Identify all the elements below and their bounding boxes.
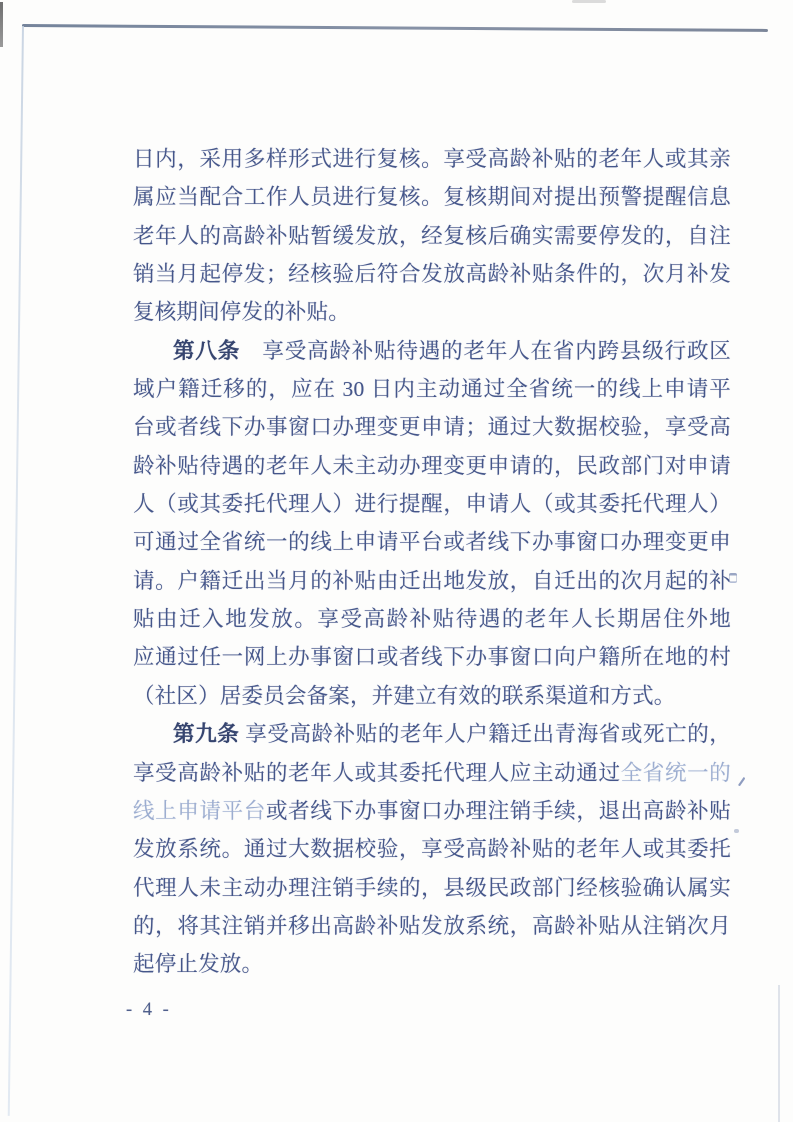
text-segment: 台或者线下办事窗口办理变更申请；通过大数据校验，享受高: [133, 415, 731, 439]
text-segment: 享受高龄补贴的老年人户籍迁出青海省或死亡的，: [239, 722, 731, 746]
document-line-4: 销当月起停发；经核验后符合发放高龄补贴条件的，次月补发: [133, 255, 731, 293]
text-segment: 贴由迁入地发放。享受高龄补贴待遇的老年人长期居住外地的，: [133, 607, 731, 638]
document-line-21: 的，将其注销并移出高龄补贴发放系统，高龄补贴从注销次月: [133, 907, 731, 945]
scan-artifact-left-rule: [8, 26, 24, 1116]
document-line-11: 可通过全省统一的线上申请平台或者线下办事窗口办理变更申: [133, 523, 731, 561]
document-line-17: 享受高龄补贴的老年人或其委托代理人应主动通过全省统一的: [133, 754, 731, 792]
text-segment: 应通过任一网上办事窗口或者线下办事窗口向户籍所在地的村: [133, 645, 731, 669]
document-line-6: 第八条 享受高龄补贴待遇的老年人在省内跨县级行政区: [133, 332, 731, 370]
text-segment: 龄补贴待遇的老年人未主动办理变更申请的，民政部门对申请: [133, 454, 731, 478]
document-line-8: 台或者线下办事窗口办理变更申请；通过大数据校验，享受高: [133, 408, 731, 446]
document-line-14: 应通过任一网上办事窗口或者线下办事窗口向户籍所在地的村: [133, 638, 731, 676]
text-segment: 域户籍迁移的，应在 30 日内主动通过全省统一的线上申请平: [133, 377, 731, 401]
text-segment: 复核期间停发的补贴。: [133, 300, 350, 324]
scan-artifact-top-smudge: [572, 0, 606, 3]
page-number: - 4 -: [126, 1000, 172, 1021]
scan-artifact-right-rule: [778, 985, 780, 1122]
text-segment: 起停止发放。: [133, 952, 263, 976]
text-segment: （社区）居委员会备案，并建立有效的联系渠道和方式。: [133, 684, 676, 708]
document-line-22: 起停止发放。: [133, 945, 731, 983]
document-line-18: 线上申请平台或者线下办事窗口办理注销手续，退出高龄补贴: [133, 792, 731, 830]
scan-artifact-top-rule: [22, 24, 768, 31]
text-segment: 或者线下办事窗口办理注销手续，退出高龄补贴: [266, 799, 731, 823]
text-segment: 日内，采用多样形式进行复核。享受高龄补贴的老年人或其亲: [133, 147, 731, 171]
document-line-15: （社区）居委员会备案，并建立有效的联系渠道和方式。: [133, 677, 731, 715]
article-number-label: 第九条: [173, 722, 239, 746]
document-line-3: 老年人的高龄补贴暂缓发放，经复核后确实需要停发的，自注: [133, 217, 731, 255]
scan-artifact-speckle: [738, 777, 745, 786]
document-line-2: 属应当配合工作人员进行复核。复核期间对提出预警提醒信息: [133, 178, 731, 216]
text-segment: 代理人未主动办理注销手续的，县级民政部门经核验确认属实: [133, 876, 731, 900]
text-segment: 请。户籍迁出当月的补贴由迁出地发放，自迁出的次月起的补: [133, 569, 731, 593]
document-line-20: 代理人未主动办理注销手续的，县级民政部门经核验确认属实: [133, 869, 731, 907]
text-segment: 销当月起停发；经核验后符合发放高龄补贴条件的，次月补发: [133, 262, 731, 286]
document-line-1: 日内，采用多样形式进行复核。享受高龄补贴的老年人或其亲: [133, 140, 731, 178]
text-segment: 享受高龄补贴的老年人或其委托代理人应主动通过: [133, 761, 621, 785]
document-line-19: 发放系统。通过大数据校验，享受高龄补贴的老年人或其委托: [133, 830, 731, 868]
text-segment: 线上申请平台: [133, 799, 266, 823]
document-line-5: 复核期间停发的补贴。: [133, 293, 731, 331]
document-line-13: 贴由迁入地发放。享受高龄补贴待遇的老年人长期居住外地的，: [133, 600, 731, 638]
scanned-document-page: 日内，采用多样形式进行复核。享受高龄补贴的老年人或其亲属应当配合工作人员进行复核…: [0, 0, 793, 1122]
scan-artifact-speckle: [734, 829, 739, 833]
document-line-7: 域户籍迁移的，应在 30 日内主动通过全省统一的线上申请平: [133, 370, 731, 408]
text-segment: 的，将其注销并移出高龄补贴发放系统，高龄补贴从注销次月: [133, 914, 731, 938]
document-line-9: 龄补贴待遇的老年人未主动办理变更申请的，民政部门对申请: [133, 447, 731, 485]
scan-artifact-corner-mark: [0, 2, 3, 47]
document-line-12: 请。户籍迁出当月的补贴由迁出地发放，自迁出的次月起的补: [133, 562, 731, 600]
text-segment: 享受高龄补贴待遇的老年人在省内跨县级行政区: [240, 339, 731, 363]
document-line-10: 人（或其委托代理人）进行提醒，申请人（或其委托代理人）: [133, 485, 731, 523]
text-segment: 属应当配合工作人员进行复核。复核期间对提出预警提醒信息: [133, 185, 731, 209]
document-line-16: 第九条 享受高龄补贴的老年人户籍迁出青海省或死亡的，: [133, 715, 731, 753]
text-segment: 可通过全省统一的线上申请平台或者线下办事窗口办理变更申: [133, 530, 731, 554]
document-text-block: 日内，采用多样形式进行复核。享受高龄补贴的老年人或其亲属应当配合工作人员进行复核…: [133, 140, 731, 984]
text-segment: 发放系统。通过大数据校验，享受高龄补贴的老年人或其委托: [133, 837, 731, 861]
text-segment: 老年人的高龄补贴暂缓发放，经复核后确实需要停发的，自注: [133, 224, 731, 248]
text-segment: 人（或其委托代理人）进行提醒，申请人（或其委托代理人）: [133, 492, 731, 516]
text-segment: 全省统一的: [621, 761, 731, 785]
article-number-label: 第八条: [173, 339, 240, 363]
